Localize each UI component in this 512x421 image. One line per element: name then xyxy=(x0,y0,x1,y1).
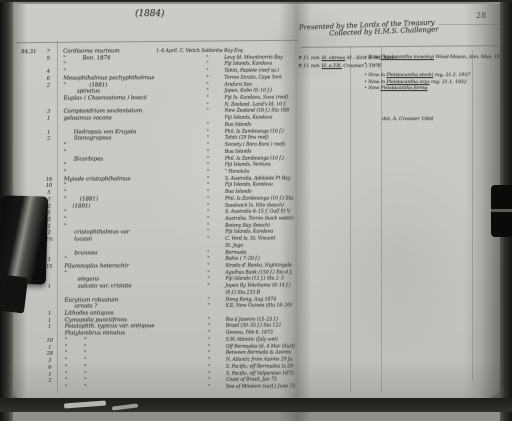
ditto-mark: " xyxy=(207,222,209,228)
species-name: Myiode cristophthalmus xyxy=(64,176,131,182)
taxon-name: Pleistacantha oryx xyxy=(386,80,429,85)
examiner-note: det. A. Crosnier 1964 xyxy=(382,116,433,122)
species-name: " " xyxy=(65,357,87,363)
locality: Fiji Islands, Kandavu xyxy=(224,114,309,120)
specimen-count: 2 xyxy=(40,136,58,142)
note-prefix: Now xyxy=(368,55,380,60)
species-name: " xyxy=(64,169,67,175)
ditto-mark: " xyxy=(207,128,209,134)
ditto-mark: " xyxy=(207,182,209,188)
species-name: " xyxy=(64,257,67,263)
locality: Phil. Is Zamboanga (10 f.) xyxy=(225,155,310,161)
ditto-mark: " xyxy=(207,229,209,235)
ditto-mark: " xyxy=(208,350,210,356)
ditto-mark: " xyxy=(207,269,209,275)
note-suffix: , — xyxy=(373,62,382,67)
species-name: " xyxy=(64,163,67,169)
specimen-count: 1 xyxy=(40,129,58,135)
locality: New Zealand (18 f.) Sta 168 xyxy=(224,108,309,114)
specimen-count: 3 xyxy=(39,109,57,115)
species-name: " xyxy=(64,183,67,189)
ditto-mark: " xyxy=(207,189,209,195)
locality: Arafura Sea xyxy=(224,81,309,87)
species-name: lucasii xyxy=(64,236,92,242)
species-name: " xyxy=(64,270,67,276)
species-name: cristophthalmus var xyxy=(64,230,129,236)
locality: Sandwich Is. Hilo (beach) xyxy=(225,202,310,208)
ditto-mark: " xyxy=(208,323,210,329)
specimen-count: 9 xyxy=(39,55,57,61)
locality: C. Verd Is. St. Vincent xyxy=(225,235,310,241)
ditto-mark: " xyxy=(206,81,208,87)
ditto-mark: " xyxy=(207,155,209,161)
note-suffix: reg. 21.2. 1937 xyxy=(433,73,470,78)
species-name: " xyxy=(64,223,67,229)
paper-shading xyxy=(313,154,483,364)
specimen-count: 1 xyxy=(41,324,59,330)
ditto-mark: " xyxy=(208,343,210,349)
locality: Agulhas Bank (150 f.) Rio d J. xyxy=(225,269,310,275)
locality: Fiji Is. Kandavu, Suva (reef) xyxy=(224,94,309,100)
locality: Rio d Janeiro (15–25 f.) xyxy=(226,316,311,322)
locality: Phil. Is Zamboanga (10 f.) xyxy=(225,128,310,134)
locality: Geneva, Feb 6. 1873 xyxy=(226,329,311,335)
locality: Fiji Islands, Kandavu xyxy=(224,61,309,67)
ditto-mark: " xyxy=(207,202,209,208)
page-number: 28 xyxy=(476,11,486,20)
ditto-mark: " xyxy=(207,142,209,148)
locality: S. Australia 6–15 f. Gulf St V. xyxy=(225,208,310,214)
specimen-count: 10 xyxy=(41,337,59,343)
column-rule xyxy=(350,46,351,392)
species-name: Camptandrium sexdentatum xyxy=(63,109,142,115)
species-name: " xyxy=(64,143,67,149)
ditto-mark: " xyxy=(208,370,210,376)
locality: Fiji Islands (12 f.) Sta 2–3 xyxy=(225,276,310,282)
locality: Between Bermuda & Azores xyxy=(226,350,311,356)
taxon-name: H. vitreus xyxy=(322,55,346,61)
locality: S.W. Atlantic (July wet) xyxy=(226,336,311,342)
species-name: " (1881) xyxy=(64,196,98,202)
specimen-count: 1 xyxy=(40,284,58,290)
ditto-mark: " xyxy=(207,256,209,262)
specimen-count: 2 xyxy=(39,82,57,88)
specimen-count: 1 xyxy=(40,311,58,317)
left-page-clip-strap xyxy=(0,275,28,314)
locality: Levy Id. Mountnorris Bay xyxy=(224,54,309,60)
ditto-mark: " xyxy=(206,88,208,94)
note-prefix: Now in xyxy=(368,73,386,78)
specimen-count: 7 xyxy=(39,49,57,55)
specimen-count: 1 xyxy=(41,344,59,350)
specimen-count: 10 xyxy=(40,183,58,189)
ditto-mark: " xyxy=(207,149,209,155)
note-suffix: reg. 31.1. 1952 xyxy=(430,80,467,85)
right-page-clip xyxy=(491,185,512,237)
ditto-mark: " xyxy=(208,330,210,336)
specimen-count: 28 xyxy=(41,351,59,357)
locality: Fiji Islands, Kandavu xyxy=(225,182,310,188)
locality: Coast of Brazil, Jan 75 xyxy=(226,376,311,382)
specimen-count: 3 xyxy=(41,358,59,364)
species-name: " xyxy=(64,149,67,155)
locality: Bua Islands xyxy=(224,121,309,127)
taxon-name: H. a.T.B. xyxy=(322,63,342,69)
locality: Off Bermudas Id. 4 Mar (Surf) xyxy=(226,343,311,349)
ditto-mark: " xyxy=(208,384,210,390)
locality: N. Zealand, Land's Id. 10 f. xyxy=(224,101,309,107)
locality: Phil. Is Zamboanga (10 f.) Sta xyxy=(225,195,310,201)
ditto-mark: " xyxy=(207,249,209,255)
species-name: " xyxy=(63,62,66,68)
locality: Brazil (30–35 f.) Sta 122 xyxy=(226,323,311,329)
taxon-name: Pleistacantha forma xyxy=(380,86,427,91)
ditto-mark: " xyxy=(207,196,209,202)
ditto-mark: " xyxy=(208,357,210,363)
ditto-mark: " xyxy=(206,122,208,128)
revision-note-line: • Now Pleistacantha forma xyxy=(364,86,506,93)
species-name: " Bon. 1874 xyxy=(63,55,110,61)
ditto-mark: " xyxy=(207,283,209,289)
species-name: " xyxy=(63,69,66,75)
locality: Bua Islands xyxy=(225,188,310,194)
ditto-mark: " xyxy=(206,108,208,114)
species-name: Platylambrus minutus xyxy=(65,330,125,336)
species-name: spinatus xyxy=(63,89,100,95)
species-name: Pilumnoplax heterochir xyxy=(64,263,128,269)
ditto-mark: " xyxy=(207,216,209,222)
species-name: Euplax ( Chaenostoma ) boscii xyxy=(63,95,146,101)
ditto-mark: " xyxy=(207,276,209,282)
locality: Japan, Kobe (8–10 f.) xyxy=(224,88,309,94)
register-entries: 7Cardisoma murinum1–6 April. C. Veitch S… xyxy=(25,47,299,391)
ditto-mark: " xyxy=(208,317,210,323)
species-name: (1891) xyxy=(64,203,90,209)
locality: S. Pacific, off Bermudas Is 29 xyxy=(226,363,311,369)
clip-divider xyxy=(491,209,512,212)
top-rule-right-page xyxy=(438,24,500,25)
species-name: " (1881) xyxy=(63,82,107,88)
species-name: Hedropsis von Kruysta xyxy=(64,129,137,135)
note-prefix: Now in xyxy=(368,80,386,85)
species-name: Stenograpsus xyxy=(64,136,112,142)
taxon-name: Pleistacantha moseleyi xyxy=(380,55,434,60)
ditto-mark: " xyxy=(207,135,209,141)
species-name: elegans xyxy=(64,277,99,283)
locality: Japan By Yokohama (8–14 f.) xyxy=(225,282,310,288)
locality: Fiji Islands, Kandavu xyxy=(225,229,310,235)
ditto-mark: " xyxy=(207,296,209,302)
species-name: Petalophth. typicus var. antiquus xyxy=(65,324,155,330)
ditto-mark: " xyxy=(208,337,210,343)
species-name: ornata ? xyxy=(64,304,97,310)
specimen-count: 1 xyxy=(41,371,59,377)
locality: Torres Straits, Cape York xyxy=(224,74,309,80)
locality: (8 f.) Sta 233 B xyxy=(225,289,310,295)
year-heading: (1884) xyxy=(135,9,164,19)
specimen-count: 4 xyxy=(39,69,57,75)
ditto-mark: " xyxy=(206,102,208,108)
note-suffix: Wood-Mason, Ann. Mus. 1967 xyxy=(434,55,506,60)
ditto-mark: " xyxy=(207,236,209,242)
page-crease xyxy=(472,50,473,380)
taxon-name: Pleistacantha stocki xyxy=(386,73,433,78)
species-name: " " xyxy=(65,344,87,350)
species-name: " " xyxy=(65,378,87,384)
species-name: " " xyxy=(65,371,87,377)
ditto-mark: " xyxy=(208,364,210,370)
revision-note-line: • — , — xyxy=(364,62,506,69)
revision-note-line: • Now in Pleistacantha stocki reg. 21.2.… xyxy=(364,73,506,80)
species-name: " xyxy=(64,216,67,222)
species-name: Eurytium robustum xyxy=(64,297,118,303)
specimen-count: 5 xyxy=(40,190,58,196)
species-name: brunnea xyxy=(64,250,97,256)
locality: Tahiti (29 fms reef) xyxy=(225,135,310,141)
left-page-clip xyxy=(0,195,48,284)
ditto-mark: " xyxy=(207,303,209,309)
species-name: " xyxy=(64,190,67,196)
locality: St. Jago xyxy=(225,242,310,248)
specimen-count: 18 xyxy=(40,176,58,182)
species-name: gelasimus vocans xyxy=(63,115,111,121)
locality: Society ( Bora Bora ) reefs xyxy=(225,141,310,147)
ditto-mark: " xyxy=(206,68,208,74)
locality: Fiji Islands, Ventura xyxy=(225,161,310,167)
locality: Bermuda xyxy=(225,249,310,255)
species-name: " " xyxy=(65,384,87,390)
revision-note-line: • Now Pleistacantha moseleyi Wood-Mason,… xyxy=(364,55,506,62)
specimen-count: 6 xyxy=(41,364,59,370)
species-name: Mesophthalmus pachyphthalmus xyxy=(63,75,154,81)
note-prefix: Now xyxy=(368,86,380,91)
species-name: " xyxy=(64,210,67,216)
locality: Hong Kong, Aug 1874 xyxy=(225,296,310,302)
locality: Bua Islands xyxy=(225,148,310,154)
locality: Botany Bay (beach) xyxy=(225,222,310,228)
ditto-mark: " xyxy=(206,54,208,60)
locality: S.E. New Guinea (Sta 18–20) xyxy=(225,303,310,309)
scan-top-edge xyxy=(0,0,512,2)
ditto-mark: " xyxy=(206,95,208,101)
species-name: " " xyxy=(65,337,87,343)
species-name: " " xyxy=(65,351,87,357)
revision-notes: • Now Pleistacantha moseleyi Wood-Mason,… xyxy=(364,55,506,93)
locality: S. Pacific, off Valparaiso 1875 xyxy=(226,370,311,376)
specimen-count: 1 xyxy=(39,116,57,122)
register-row: " ""Sea of Mindoro (surf.) June 75 xyxy=(27,383,299,391)
locality: Bahia ( 7–20 f.) xyxy=(225,256,310,262)
ditto-mark: " xyxy=(207,209,209,215)
locality: Sea of Mindoro (surf.) June 75 xyxy=(226,383,311,389)
specimen-count: 6 xyxy=(39,75,57,81)
locality: N. Atlantic from Azores 29 Ju xyxy=(226,356,311,362)
locality: Australia, Torres (back water) xyxy=(225,215,310,221)
specimen-count: 1 xyxy=(41,317,59,323)
ditto-mark: " xyxy=(208,377,210,383)
ditto-mark: " xyxy=(206,61,208,67)
locality: Tahiti, Papiete (reef sp.) xyxy=(224,67,309,73)
ditto-mark: " xyxy=(207,162,209,168)
ditto-mark: " xyxy=(207,263,209,269)
ditto-mark: " xyxy=(206,75,208,81)
ditto-mark: " xyxy=(207,175,209,181)
species-name: " " xyxy=(65,364,87,370)
specimen-count: 2 xyxy=(41,378,59,384)
ditto-mark: " xyxy=(207,169,209,175)
locality: S. Australia, Adelaide Pt Bay xyxy=(225,175,310,181)
ledger-scan: (1884) 28 84.31 Presented by the Lords o… xyxy=(0,0,512,421)
column-rule xyxy=(381,46,382,392)
locality: Straits d' Banka, Nightingale xyxy=(225,262,310,268)
species-name: Cardisoma murinum xyxy=(63,48,120,54)
locality: 1–6 April. C. Veitch Saldanha Bay Esq xyxy=(156,47,303,54)
species-name: Bicarbipes xyxy=(64,156,103,162)
locality: " Honolulu xyxy=(225,168,310,174)
species-name: Lithodes antiquus xyxy=(64,310,113,316)
species-name: sulcata var. cristata xyxy=(64,283,131,289)
